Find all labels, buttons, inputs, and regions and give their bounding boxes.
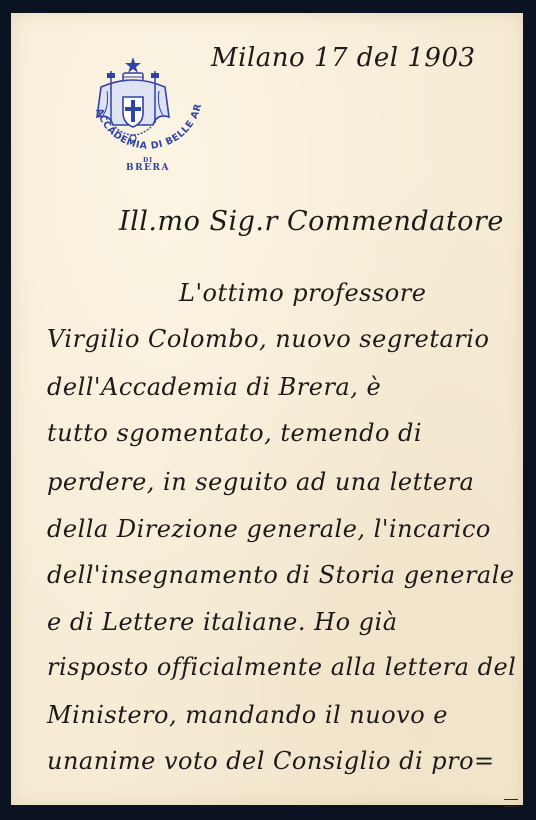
salutation: Ill.mo Sig.r Commendatore [119,206,504,237]
letterhead: R. ACCADEMIA DI BELLE ARTI DI BRERA [73,43,223,183]
letter-page: R. ACCADEMIA DI BELLE ARTI DI BRERA Mila… [11,13,523,805]
body-line: Virgilio Colombo, nuovo segretario [47,325,489,353]
body-line: L'ottimo professore [179,279,426,307]
body-line: tutto sgomentato, temendo di [47,419,422,447]
body-line: Ministero, mandando il nuovo e [47,701,448,729]
body-line: risposto officialmente alla lettera del [47,653,516,681]
body-line: unanime voto del Consiglio di pro= [47,747,495,775]
body-line: dell'Accademia di Brera, è [47,373,381,401]
body-line: perdere, in seguito ad una lettera [47,468,474,496]
letterhead-institution: BRERA [73,163,223,173]
coat-of-arms-icon: R. ACCADEMIA DI BELLE ARTI [73,43,223,163]
continuation-mark [504,799,518,807]
body-line: della Direzione generale, l'incarico [47,515,491,543]
place-date: Milano 17 del 1903 [211,43,476,73]
body-line: e di Lettere italiane. Ho già [47,608,398,636]
body-line: dell'insegnamento di Storia generale [47,561,515,589]
